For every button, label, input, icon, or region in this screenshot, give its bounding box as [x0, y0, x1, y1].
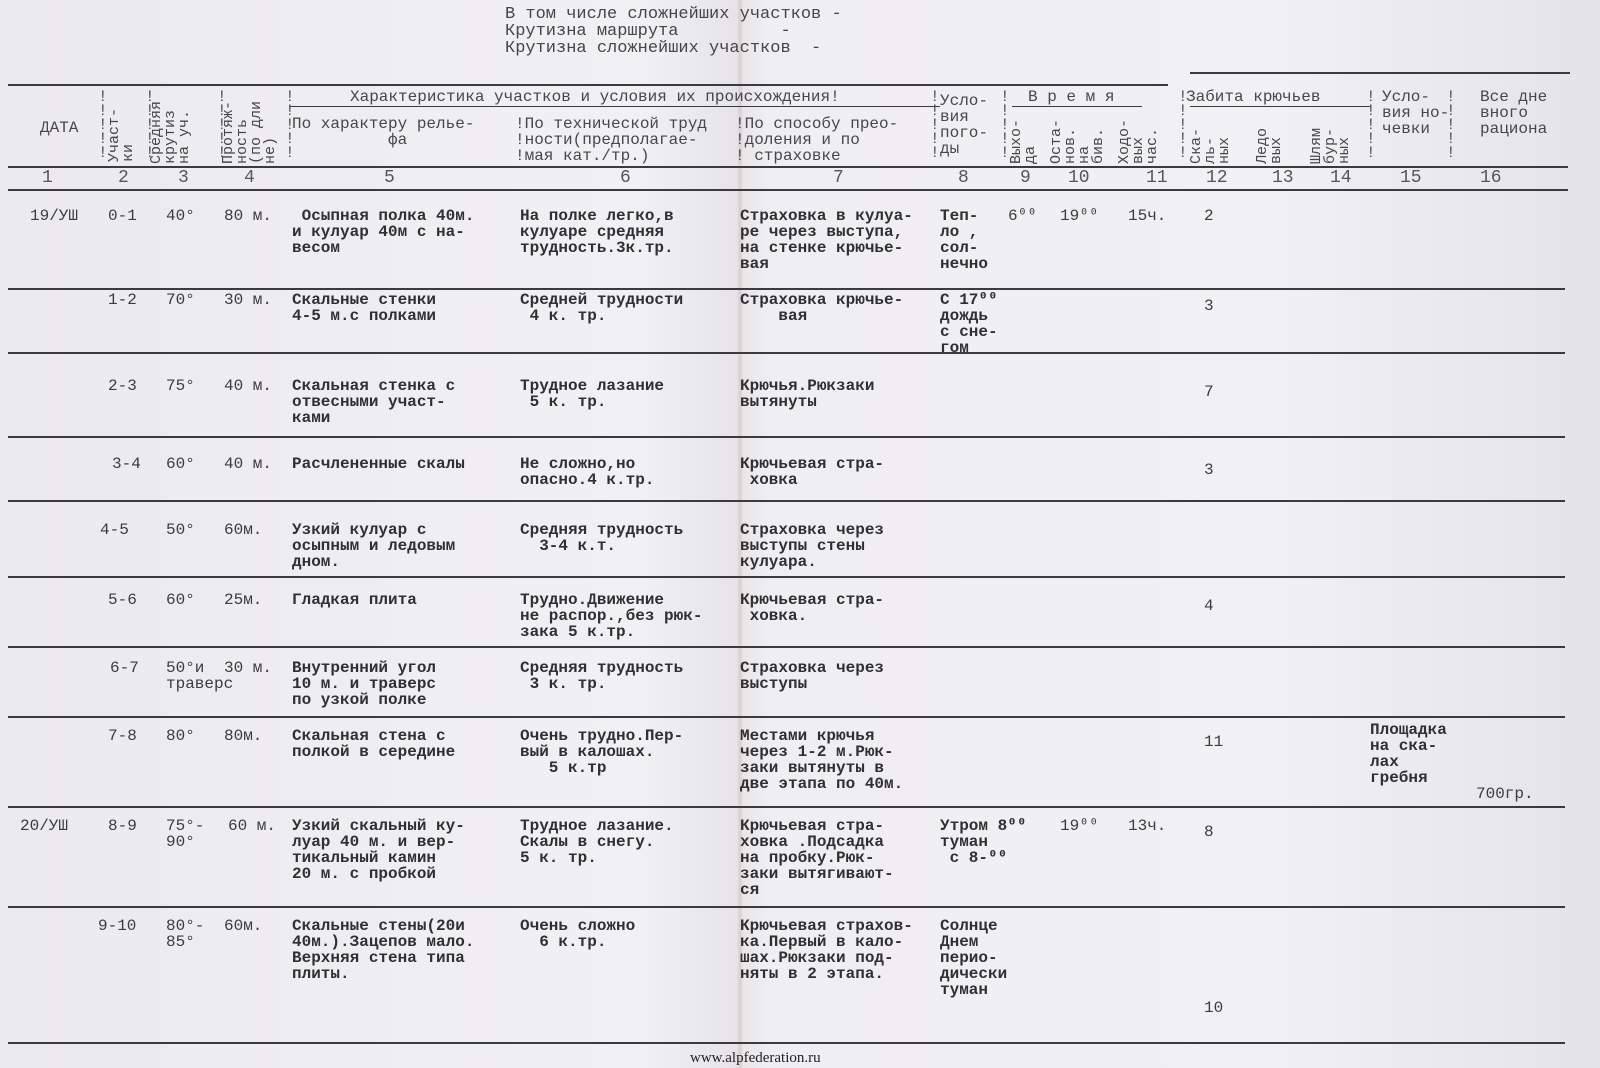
cell-relief: Скальные стенки 4-5 м.с полками [292, 292, 436, 324]
row-rule [8, 1042, 1565, 1044]
cell-steep: 60° [166, 592, 195, 608]
cell-relief: Осыпная полка 40м. и кулуар 40м с на- ве… [292, 208, 474, 256]
cell-rock: 7 [1204, 384, 1214, 400]
header-pitons-ice: Ледо вых [1256, 108, 1284, 164]
cell-date: 20/УШ [20, 818, 68, 834]
cell-section: 1-2 [108, 292, 137, 308]
route-summary: В том числе сложнейших участков - Крутиз… [505, 6, 842, 57]
header-top-rule-right [1190, 72, 1570, 74]
column-separator: ! ! ! ! ! [285, 90, 295, 160]
cell-section: 5-6 [108, 592, 137, 608]
column-separator: ! ! ! ! ! [1366, 90, 1376, 160]
cell-method: Страховка через выступы стены кулуара. [740, 522, 884, 570]
row-rule [8, 906, 1565, 908]
column-number: 7 [833, 168, 844, 188]
time-subrule [1012, 106, 1142, 107]
header-characteristics: Характеристика участков и условия их про… [350, 89, 840, 105]
cell-section: 4-5 [100, 522, 129, 538]
header-section: Участ- ки [108, 90, 136, 162]
cell-method: Страховка крючье- вая [740, 292, 903, 324]
column-separator: ! ! ! ! ! [1178, 90, 1188, 160]
header-time-out: Выхо- да [1010, 108, 1038, 164]
cell-rock: 4 [1204, 598, 1214, 614]
column-number: 13 [1272, 168, 1294, 188]
cell-weather: С 17⁰⁰ дождь с сне- гом [940, 292, 998, 356]
cell-rock: 11 [1204, 734, 1223, 750]
column-separator: ! ! ! ! ! [217, 90, 227, 160]
column-number: 3 [178, 168, 189, 188]
cell-date: 19/УШ [30, 208, 78, 224]
header-subrule [290, 106, 940, 107]
column-number: 15 [1400, 168, 1422, 188]
header-time-walk: Ходо- вых час. [1118, 108, 1160, 164]
column-number: 2 [118, 168, 129, 188]
column-separator: ! ! ! ! ! [145, 90, 155, 160]
header-time: В р е м я [1028, 89, 1114, 105]
cell-steep: 75°- 90° [166, 818, 204, 850]
summary-line: Крутизна сложнейших участков - [505, 40, 842, 57]
summary-line: Крутизна маршрута - [505, 23, 842, 40]
cell-len: 80 м. [224, 208, 272, 224]
pitons-subrule [1190, 106, 1370, 107]
cell-len: 60м. [224, 918, 262, 934]
cell-section: 8-9 [108, 818, 137, 834]
cell-steep: 50° [166, 522, 195, 538]
cell-len: 25м. [224, 592, 262, 608]
cell-section: 7-8 [108, 728, 137, 744]
column-separator: ! ! ! ! ! [930, 90, 940, 160]
column-separator: ! ! ! ! ! [1000, 90, 1010, 160]
cell-relief: Гладкая плита [292, 592, 417, 608]
cell-tech: Трудное лазание. Скалы в снегу. 5 к. тр. [520, 818, 674, 866]
column-number: 5 [384, 168, 395, 188]
header-bivouac: Усло- вия но- чевки [1382, 89, 1449, 137]
summary-line: В том числе сложнейших участков - [505, 6, 842, 23]
cell-steep: 80°- 85° [166, 918, 204, 950]
column-number: 10 [1068, 168, 1090, 188]
header-time-stop: Оста- нов. на бив. [1050, 108, 1106, 164]
cell-steep: 60° [166, 456, 195, 472]
cell-rock: 2 [1204, 208, 1214, 224]
cell-len: 30 м. [224, 660, 272, 676]
cell-tech: На полке легко,в кулуаре средняя труднос… [520, 208, 674, 256]
cell-section: 2-3 [108, 378, 137, 394]
cell-weather: Теп- ло , сол- нечно [940, 208, 988, 272]
cell-steep: 80° [166, 728, 195, 744]
header-pitons-bolt: Шлям бур- ных [1310, 108, 1352, 164]
cell-stop: 19⁰⁰ [1060, 208, 1098, 224]
cell-steep: 75° [166, 378, 195, 394]
cell-rock: 8 [1204, 824, 1214, 840]
cell-tech: Очень сложно 6 к.тр. [520, 918, 635, 950]
row-rule [8, 576, 1565, 578]
header-pitons-rock: Ска- ль- ных [1190, 108, 1232, 164]
cell-method: Страховка в кулуа- ре через выступа, на … [740, 208, 913, 272]
cell-tech: Средней трудности 4 к. тр. [520, 292, 683, 324]
cell-walk: 15ч. [1128, 208, 1166, 224]
cell-ration: 700гр. [1476, 786, 1534, 802]
cell-weather: Утром 8⁰⁰ туман с 8-⁰⁰ [940, 818, 1026, 866]
cell-steep: 70° [166, 292, 195, 308]
cell-method: Крючьевая стра- ховка. [740, 592, 884, 624]
cell-out: 6⁰⁰ [1008, 208, 1037, 224]
column-number: 1 [42, 168, 53, 188]
cell-steep: 40° [166, 208, 195, 224]
cell-relief: Расчлененные скалы [292, 456, 465, 472]
cell-len: 40 м. [224, 378, 272, 394]
header-weather: Усло- вия пого- ды [940, 93, 988, 157]
header-ration: Все дне вного рациона [1480, 89, 1547, 137]
cell-section: 0-1 [108, 208, 137, 224]
row-rule [8, 500, 1565, 502]
column-separator: ! ! ! ! ! [1446, 90, 1456, 160]
cell-weather: Солнце Днем перио- дически туман [940, 918, 1007, 998]
row-rule [8, 806, 1565, 808]
column-number: 14 [1330, 168, 1352, 188]
row-rule [8, 646, 1565, 648]
cell-method: Крючьевая страхов- ка.Первый в кало- шах… [740, 918, 913, 982]
column-separator: ! ! ! ! ! [98, 90, 108, 160]
header-tech: !По технической труд !ности(предполагае-… [515, 116, 707, 164]
header-length: Протяж- ность (по дли не) [222, 86, 278, 164]
colnum-bottom-rule [8, 189, 1568, 191]
cell-tech: Не сложно,но опасно.4 к.тр. [520, 456, 654, 488]
cell-method: Местами крючья через 1-2 м.Рюк- заки выт… [740, 728, 903, 792]
cell-rock: 3 [1204, 462, 1214, 478]
column-number: 9 [1020, 168, 1031, 188]
cell-len: 80м. [224, 728, 262, 744]
cell-relief: Скальная стенка с отвесными участ- ками [292, 378, 455, 426]
cell-rock: 10 [1204, 1000, 1223, 1016]
row-rule [8, 352, 1565, 354]
cell-len: 60 м. [228, 818, 276, 834]
cell-relief: Внутренний угол 10 м. и траверс по узкой… [292, 660, 436, 708]
cell-relief: Узкий скальный ку- луар 40 м. и вер- тик… [292, 818, 465, 882]
cell-len: 30 м. [224, 292, 272, 308]
header-date: ДАТА [40, 120, 78, 136]
header-pitons: Забита крючьев [1186, 89, 1320, 105]
cell-section: 3-4 [112, 456, 141, 472]
column-number: 16 [1480, 168, 1502, 188]
cell-len: 60м. [224, 522, 262, 538]
cell-method: Страховка через выступы [740, 660, 884, 692]
cell-stop: 19⁰⁰ [1060, 818, 1098, 834]
row-rule [8, 716, 1565, 718]
column-number: 8 [958, 168, 969, 188]
cell-relief: Скальные стены(20и 40м.).Зацепов мало. В… [292, 918, 474, 982]
cell-tech: Средняя трудность 3 к. тр. [520, 660, 683, 692]
column-number: 11 [1146, 168, 1168, 188]
cell-tech: Трудное лазание 5 к. тр. [520, 378, 664, 410]
cell-method: Крючья.Рюкзаки вытянуты [740, 378, 874, 410]
cell-tech: Трудно.Движение не распор.,без рюк- зака… [520, 592, 702, 640]
header-relief: По характеру релье- фа [292, 116, 474, 148]
cell-bivouac: Площадка на ска- лах гребня [1370, 722, 1447, 786]
cell-rock: 3 [1204, 298, 1214, 314]
column-number: 4 [244, 168, 255, 188]
cell-len: 40 м. [224, 456, 272, 472]
cell-section: 6-7 [110, 660, 139, 676]
header-steepness: Средняя крутиз на уч. [150, 86, 192, 164]
cell-tech: Средняя трудность 3-4 к.т. [520, 522, 683, 554]
column-number: 12 [1206, 168, 1228, 188]
cell-walk: 13ч. [1128, 818, 1166, 834]
cell-tech: Очень трудно.Пер- вый в калошах. 5 к.тр [520, 728, 683, 776]
source-watermark: www.alpfederation.ru [690, 1050, 821, 1067]
cell-relief: Узкий кулуар с осыпным и ледовым дном. [292, 522, 455, 570]
cell-method: Крючьевая стра- ховка [740, 456, 884, 488]
row-rule [8, 436, 1565, 438]
row-rule [8, 288, 1565, 290]
cell-section: 9-10 [98, 918, 136, 934]
cell-method: Крючьевая стра- ховка .Подсадка на пробк… [740, 818, 894, 898]
cell-relief: Скальная стена с полкой в середине [292, 728, 455, 760]
header-method: !По способу прео- !доления и по ! страхо… [735, 116, 898, 164]
column-number: 6 [620, 168, 631, 188]
